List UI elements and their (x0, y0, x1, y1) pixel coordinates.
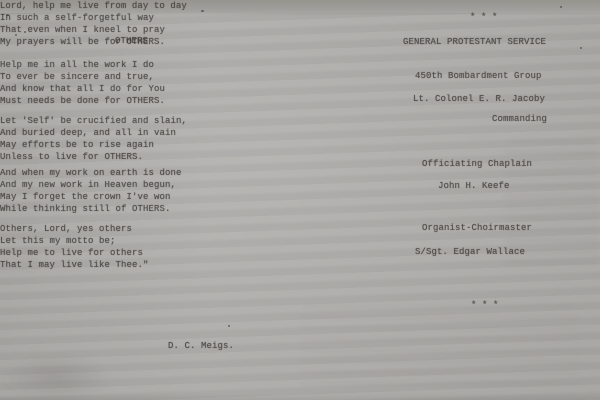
poem-stanza: Others, Lord, yes others Let this my mot… (0, 223, 149, 271)
paper-smudge (0, 355, 110, 400)
service-chaplain-name: John H. Keefe (438, 180, 510, 192)
service-organist-title: Organist-Choirmaster (422, 222, 532, 234)
poem-line: Must needs be done for OTHERS. (0, 95, 165, 107)
poem-line: "Lord, help me live from day to day (0, 0, 187, 12)
poem-line: That even when I kneel to pray (0, 24, 187, 36)
paper-speck (228, 325, 230, 327)
poem-stanza: "Lord, help me live from day to day In s… (0, 0, 187, 48)
poem-line: May I forget the crown I've won (0, 191, 182, 203)
poem-stanza: And when my work on earth is done And my… (0, 167, 182, 215)
paper-speck (580, 47, 582, 49)
poem-stanza: Help me in all the work I do To ever be … (0, 59, 165, 107)
document-page: OTHERS "Lord, help me live from day to d… (0, 0, 600, 400)
poem-line: Help me to live for others (0, 247, 149, 259)
decoration-asterisks-top: * * * (470, 11, 498, 23)
poem-line: Let this my motto be; (0, 235, 149, 247)
poem-attribution: D. C. Meigs. (168, 340, 234, 352)
poem-line: While thinking still of OTHERS. (0, 203, 182, 215)
poem-line: And buried deep, and all in vain (0, 127, 187, 139)
poem-stanza: Let 'Self' be crucified and slain, And b… (0, 115, 187, 163)
paper-speck (201, 10, 204, 12)
poem-line: And know that all I do for You (0, 83, 165, 95)
service-commander-title: Commanding (492, 113, 547, 125)
paper-speck (560, 6, 562, 8)
poem-line: And my new work in Heaven begun, (0, 179, 182, 191)
service-group: 450th Bombardment Group (415, 70, 542, 82)
service-organist-name: S/Sgt. Edgar Wallace (415, 246, 525, 258)
bleed-through-patch (300, 305, 580, 395)
decoration-asterisks-bottom: * * * (471, 299, 499, 311)
poem-line: Others, Lord, yes others (0, 223, 149, 235)
poem-line: Help me in all the work I do (0, 59, 165, 71)
poem: "Lord, help me live from day to day In s… (0, 0, 230, 300)
poem-line: Unless to live for OTHERS. (0, 151, 187, 163)
poem-line: My prayers will be for OTHERS. (0, 36, 187, 48)
poem-line: May efforts be to rise again (0, 139, 187, 151)
service-commander-name: Lt. Colonel E. R. Jacoby (413, 93, 545, 105)
poem-line: In such a self-forgetful way (0, 12, 187, 24)
poem-line: Let 'Self' be crucified and slain, (0, 115, 187, 127)
poem-line: And when my work on earth is done (0, 167, 182, 179)
poem-line: To ever be sincere and true, (0, 71, 165, 83)
service-chaplain-title: Officiating Chaplain (422, 158, 532, 170)
service-title: GENERAL PROTESTANT SERVICE (403, 36, 546, 48)
poem-line: That I may live like Thee." (0, 259, 149, 271)
